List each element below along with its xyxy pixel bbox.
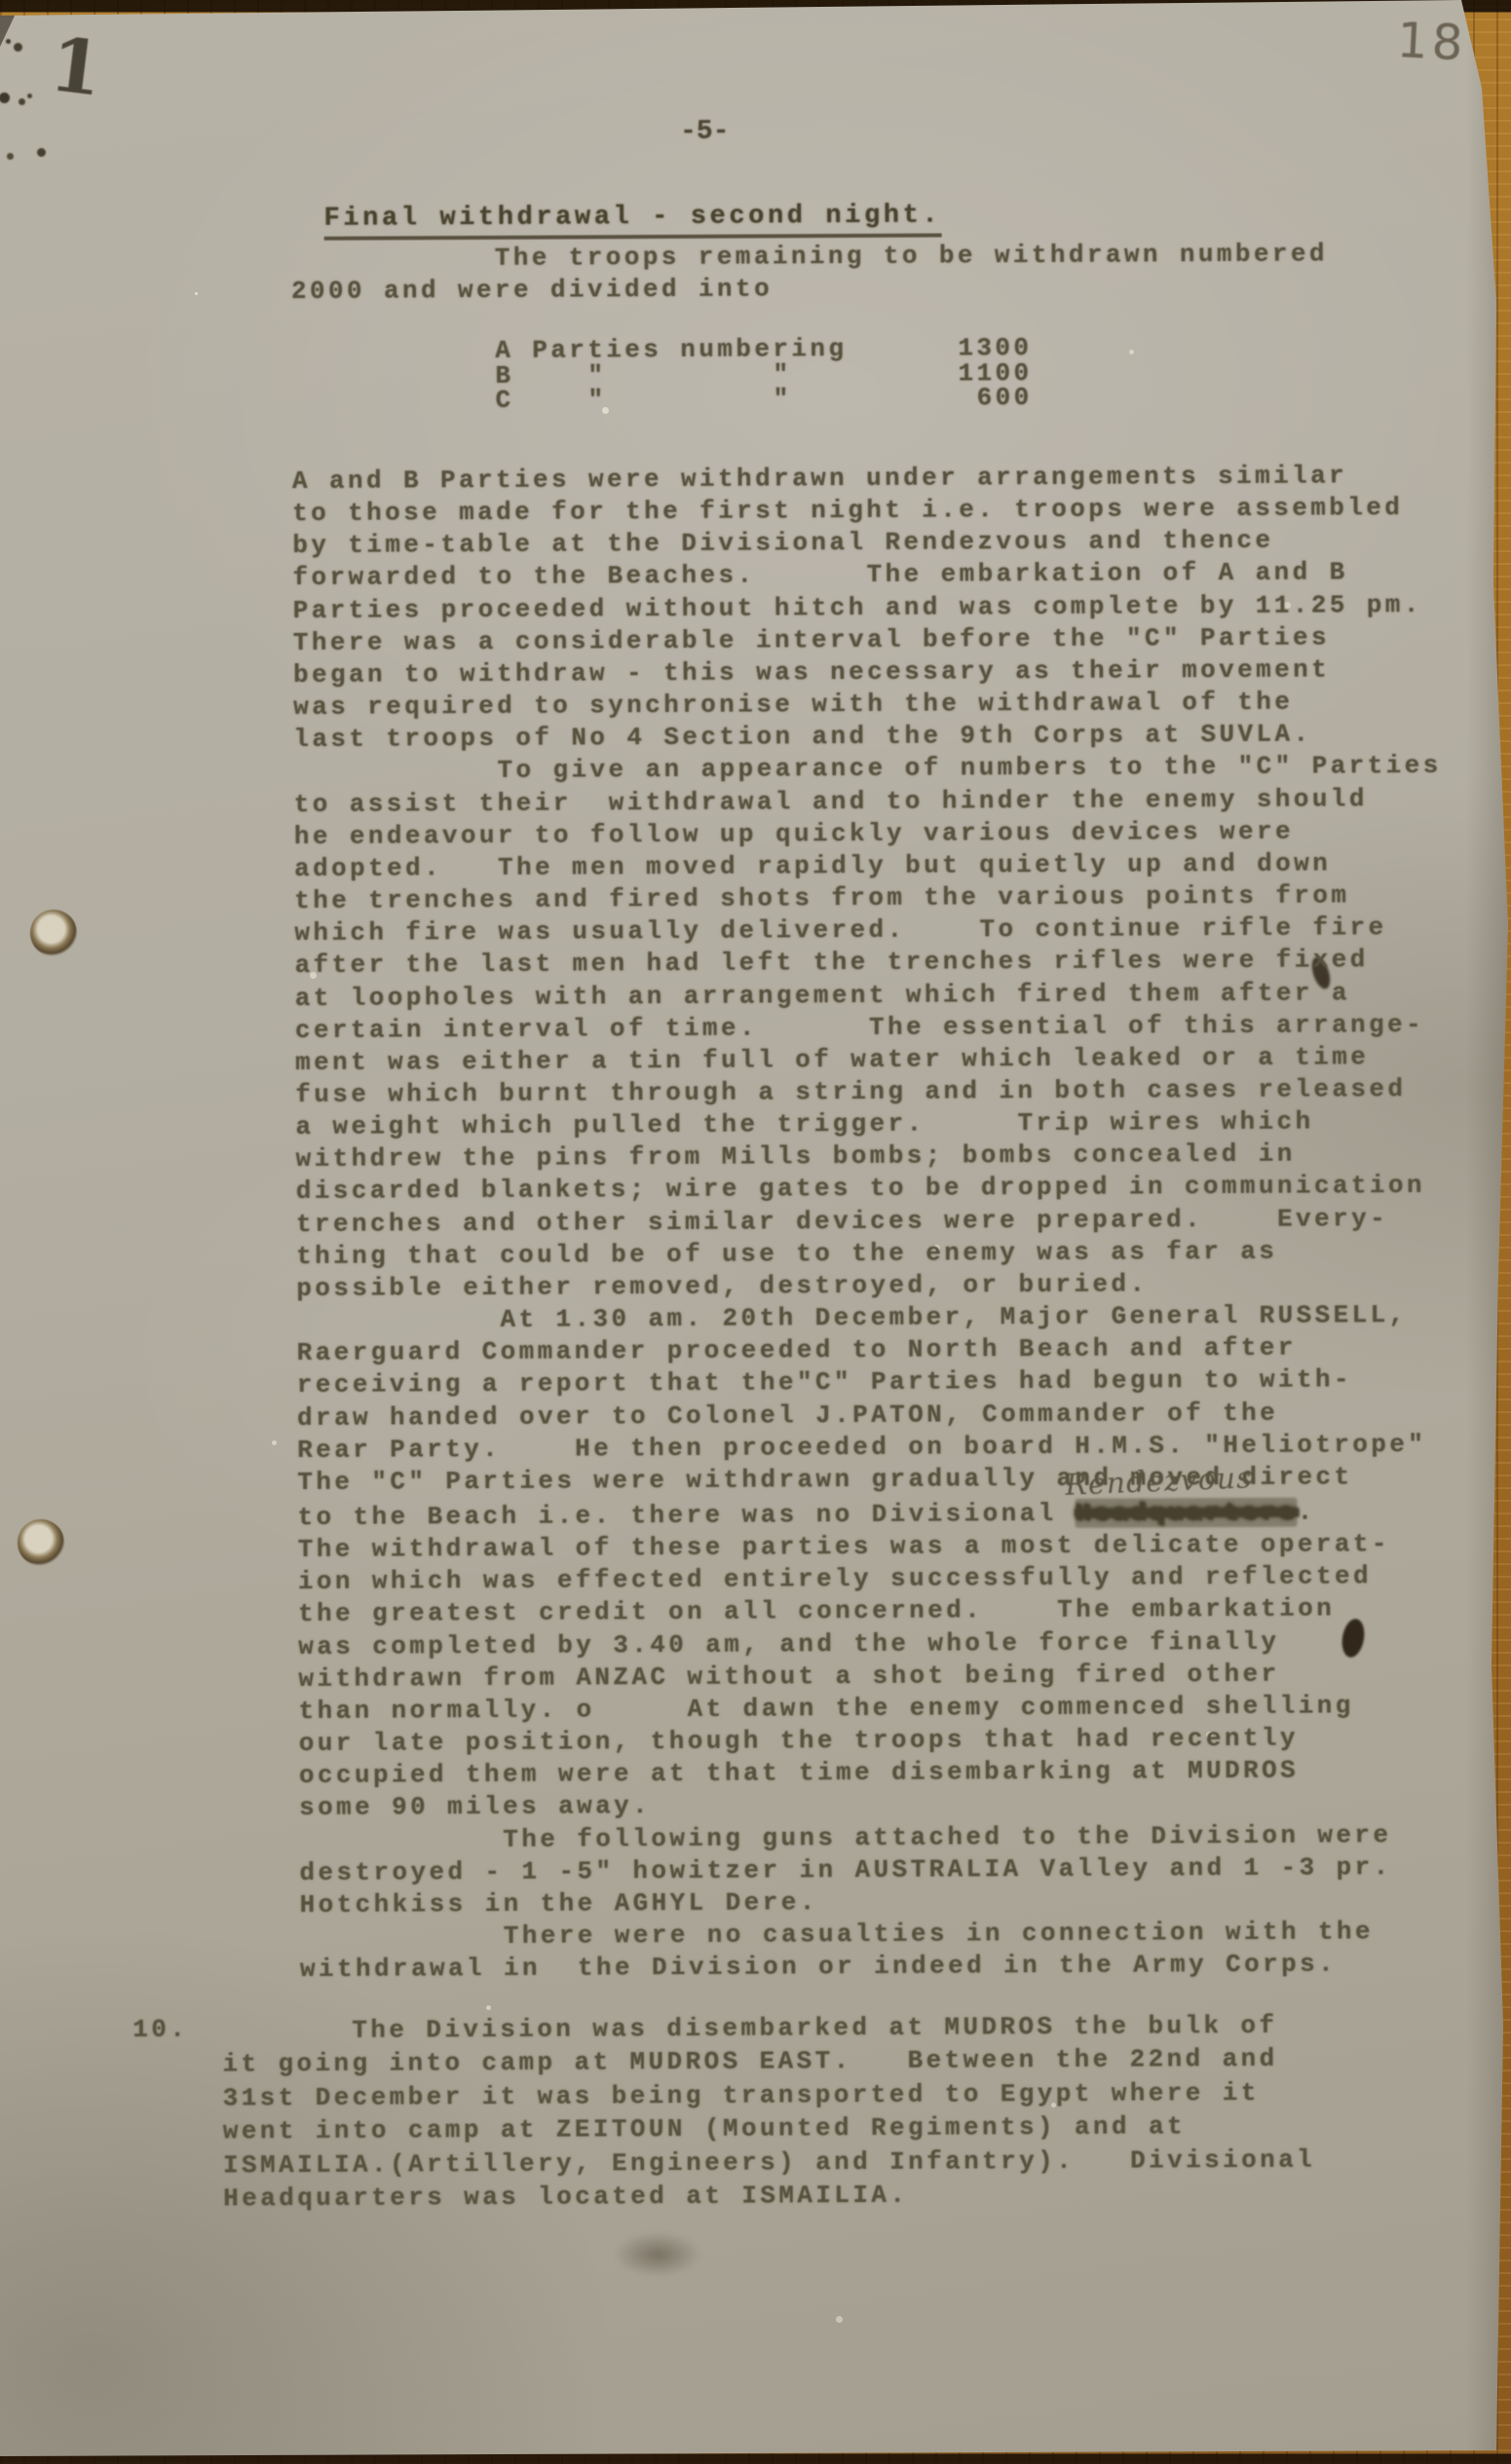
paragraph-number: 10. — [132, 2015, 188, 2044]
typed-line: 31st December it was being transported t… — [223, 2075, 1315, 2114]
intro-paragraph: The troops remaining to be withdrawn num… — [291, 238, 1328, 308]
typed-line: withdrawal in the Division or indeed in … — [300, 1948, 1448, 1986]
typed-line: occupied them were at that time disembar… — [299, 1754, 1447, 1792]
paragraph-10: The Division was disembarked at MUDROS t… — [222, 2009, 1315, 2216]
typed-line: C " " 600 — [291, 386, 1032, 414]
struck-out-word: Headquarters — [1076, 1498, 1298, 1528]
typed-line: after the last men had left the trenches… — [294, 944, 1442, 982]
typed-line: the greatest credit on all concerned. Th… — [298, 1592, 1446, 1630]
typed-line: went into camp at ZEITOUN (Mounted Regim… — [223, 2109, 1315, 2148]
body-paragraphs: A and B Parties were withdrawn under arr… — [292, 460, 1448, 1986]
typed-line: forwarded to the Beaches. The embarkatio… — [292, 556, 1440, 594]
typed-text: . — [1298, 1498, 1316, 1527]
typed-line: Headquarters was located at ISMAILIA. — [223, 2177, 1315, 2216]
typed-line: 2000 and were divided into — [291, 270, 1328, 308]
typed-line: receiving a report that the"C" Parties h… — [297, 1363, 1445, 1401]
desk-background: 1 18 -5- Final withdrawal - second night… — [0, 0, 1511, 2464]
typed-line: destroyed - 1 -5" howitzer in AUSTRALIA … — [299, 1851, 1447, 1889]
typed-line: To give an appearance of numbers to the … — [293, 750, 1441, 788]
document-sheet: 1 18 -5- Final withdrawal - second night… — [0, 0, 1511, 2464]
parties-table: A Parties numbering 1300 B " " 1100 C " … — [291, 336, 1032, 414]
typed-line: The Division was disembarked at MUDROS t… — [222, 2009, 1314, 2048]
page-number: -5- — [680, 117, 730, 147]
section-heading: Final withdrawal - second night. — [323, 202, 941, 241]
typed-line: The troops remaining to be withdrawn num… — [291, 238, 1328, 276]
typed-line: it going into camp at MUDROS EAST. Betwe… — [222, 2042, 1314, 2081]
typed-line: to the Beach i.e. there was no Divisiona… — [297, 1493, 1445, 1534]
typed-line: thing that could be of use to the enemy … — [296, 1235, 1444, 1273]
typed-line: discarded blankets; wire gates to be dro… — [296, 1170, 1444, 1208]
handwritten-annotation: Rendezvous — [1065, 1470, 1066, 1502]
typed-text: to the Beach i.e. there was no Divisiona… — [297, 1499, 1075, 1532]
typed-line: ISMAILIA.(Artillery, Engineers) and Infa… — [223, 2143, 1315, 2182]
typed-page-content: -5- Final withdrawal - second night. The… — [0, 0, 1511, 2464]
